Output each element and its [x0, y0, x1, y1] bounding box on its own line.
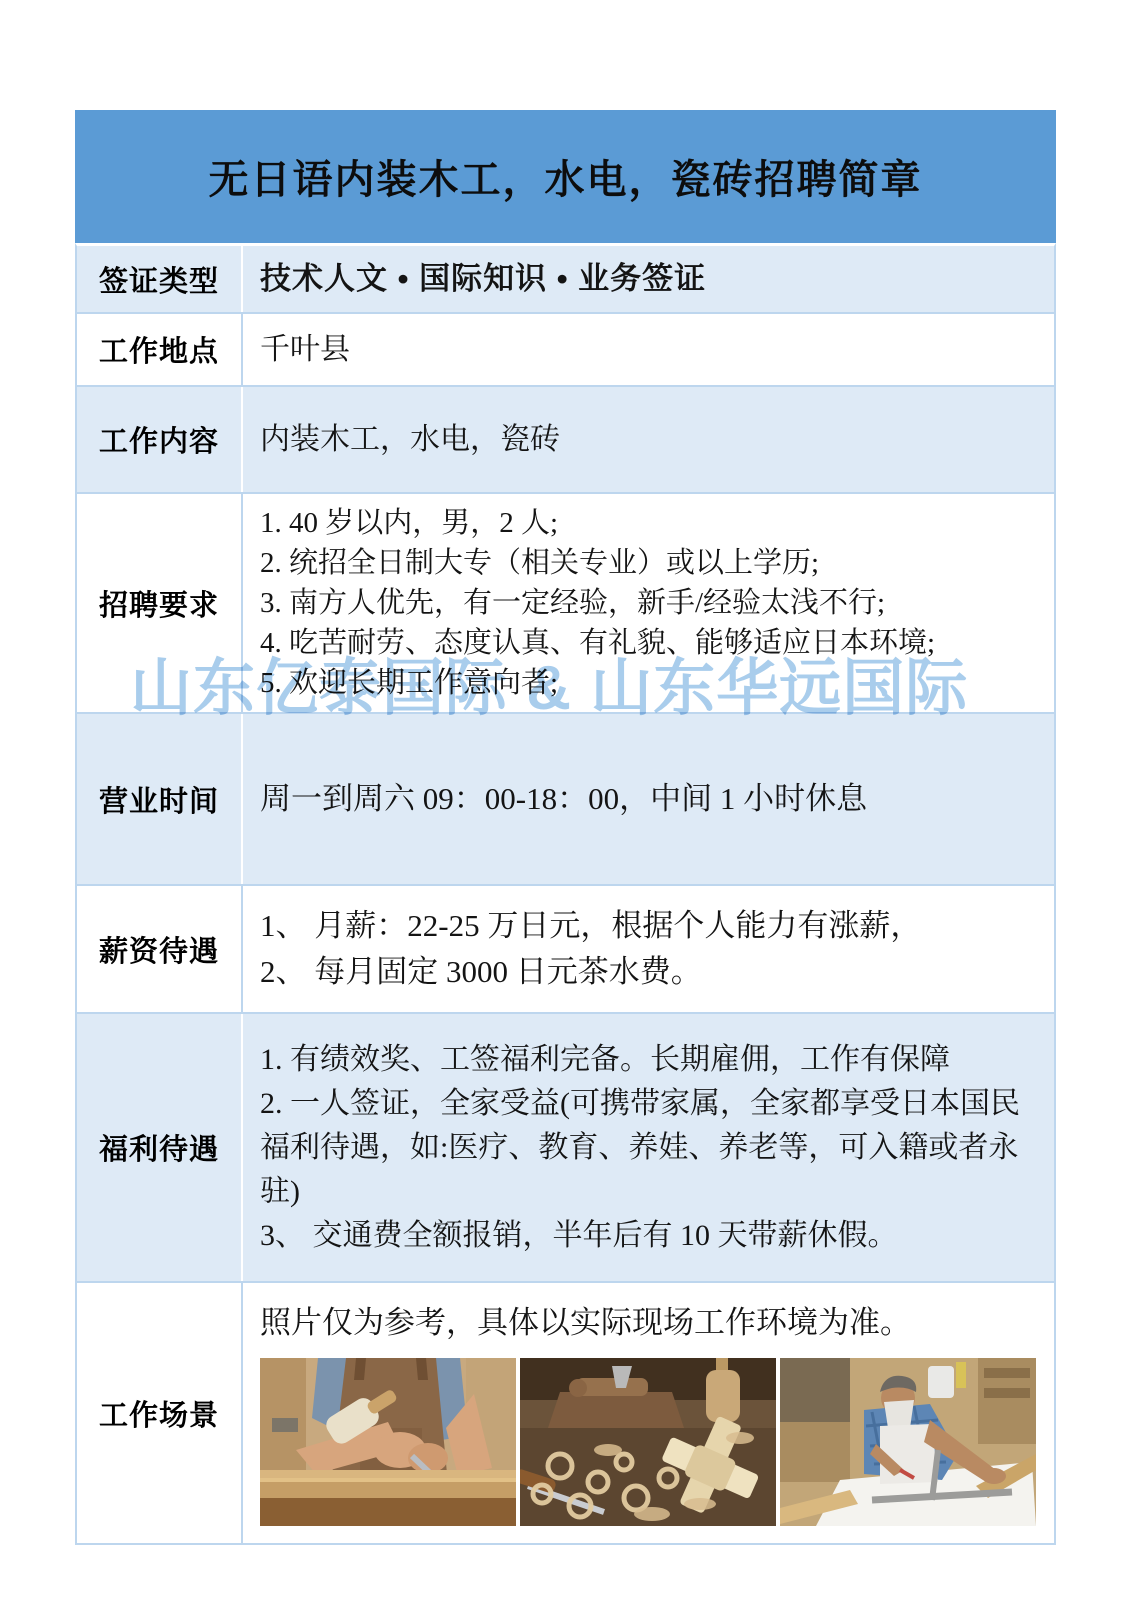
table-row-visa-type: 签证类型 技术人文 • 国际知识 • 业务签证	[77, 246, 1054, 312]
table-row-requirements: 招聘要求 1. 40 岁以内，男，2 人; 2. 统招全日制大专（相关专业）或以…	[77, 492, 1054, 712]
work-location-value: 千叶县	[260, 328, 1040, 372]
row-label-visa-type: 签证类型	[77, 246, 243, 312]
row-content-visa-type: 技术人文 • 国际知识 • 业务签证	[243, 246, 1054, 312]
row-content-requirements: 1. 40 岁以内，男，2 人; 2. 统招全日制大专（相关专业）或以上学历; …	[243, 494, 1054, 712]
requirement-item-1: 1. 40 岁以内，男，2 人;	[260, 503, 1040, 543]
page-title: 无日语内装木工，水电，瓷砖招聘简章	[209, 148, 923, 205]
work-content-value: 内装木工，水电，瓷砖	[260, 418, 1040, 462]
table-body: 签证类型 技术人文 • 国际知识 • 业务签证 工作地点 千叶县 工作内容 内装…	[75, 243, 1056, 1545]
business-hours-value: 周一到周六 09：00-18：00，中间 1 小时休息	[260, 777, 1040, 821]
table-row-work-scene: 工作场景 照片仅为参考，具体以实际现场工作环境为准。	[77, 1281, 1054, 1543]
welfare-item-2: 2. 一人签证，全家受益(可携带家属，全家都享受日本国民福利待遇，如:医疗、教育…	[260, 1082, 1040, 1214]
salary-item-1: 1、 月薪：22-25 万日元，根据个人能力有涨薪，	[260, 903, 1040, 949]
recruitment-flyer-page: 无日语内装木工，水电，瓷砖招聘简章 签证类型 技术人文 • 国际知识 • 业务签…	[0, 0, 1131, 1600]
visa-type-value: 技术人文 • 国际知识 • 业务签证	[260, 257, 1040, 301]
row-label-work-content: 工作内容	[77, 387, 243, 492]
table-row-salary: 薪资待遇 1、 月薪：22-25 万日元，根据个人能力有涨薪， 2、 每月固定 …	[77, 884, 1054, 1012]
row-label-welfare: 福利待遇	[77, 1014, 243, 1281]
row-content-work-content: 内装木工，水电，瓷砖	[243, 387, 1054, 492]
photo-strip	[260, 1358, 1040, 1526]
row-content-work-location: 千叶县	[243, 314, 1054, 385]
salary-item-2: 2、 每月固定 3000 日元茶水费。	[260, 949, 1040, 995]
requirement-item-3: 3. 南方人优先，有一定经验，新手/经验太浅不行;	[260, 583, 1040, 623]
requirement-item-5: 5. 欢迎长期工作意向者;	[260, 663, 1040, 703]
table-header: 无日语内装木工，水电，瓷砖招聘简章	[75, 110, 1056, 243]
row-label-work-location: 工作地点	[77, 314, 243, 385]
requirement-item-4: 4. 吃苦耐劳、态度认真、有礼貌、能够适应日本环境;	[260, 623, 1040, 663]
row-label-business-hours: 营业时间	[77, 714, 243, 884]
table-row-welfare: 福利待遇 1. 有绩效奖、工签福利完备。长期雇佣，工作有保障 2. 一人签证，全…	[77, 1012, 1054, 1281]
row-label-requirements: 招聘要求	[77, 494, 243, 712]
welfare-item-3: 3、 交通费全额报销，半年后有 10 天带薪休假。	[260, 1214, 1040, 1258]
requirement-item-2: 2. 统招全日制大专（相关专业）或以上学历;	[260, 543, 1040, 583]
row-content-salary: 1、 月薪：22-25 万日元，根据个人能力有涨薪， 2、 每月固定 3000 …	[243, 886, 1054, 1012]
row-label-salary: 薪资待遇	[77, 886, 243, 1012]
row-label-work-scene: 工作场景	[77, 1283, 243, 1543]
row-content-business-hours: 周一到周六 09：00-18：00，中间 1 小时休息	[243, 714, 1054, 884]
photo-carpenter-measuring	[780, 1358, 1036, 1526]
photo-carpenter-chisel	[260, 1358, 516, 1526]
table-row-work-content: 工作内容 内装木工，水电，瓷砖	[77, 385, 1054, 492]
row-content-work-scene: 照片仅为参考，具体以实际现场工作环境为准。	[243, 1283, 1054, 1543]
photos-disclaimer: 照片仅为参考，具体以实际现场工作环境为准。	[260, 1300, 1040, 1346]
row-content-welfare: 1. 有绩效奖、工签福利完备。长期雇佣，工作有保障 2. 一人签证，全家受益(可…	[243, 1014, 1054, 1281]
table-row-business-hours: 营业时间 周一到周六 09：00-18：00，中间 1 小时休息	[77, 712, 1054, 884]
photo-hand-plane-shavings	[520, 1358, 776, 1526]
recruitment-table: 无日语内装木工，水电，瓷砖招聘简章 签证类型 技术人文 • 国际知识 • 业务签…	[75, 110, 1056, 1545]
welfare-item-1: 1. 有绩效奖、工签福利完备。长期雇佣，工作有保障	[260, 1038, 1040, 1082]
table-row-work-location: 工作地点 千叶县	[77, 312, 1054, 385]
